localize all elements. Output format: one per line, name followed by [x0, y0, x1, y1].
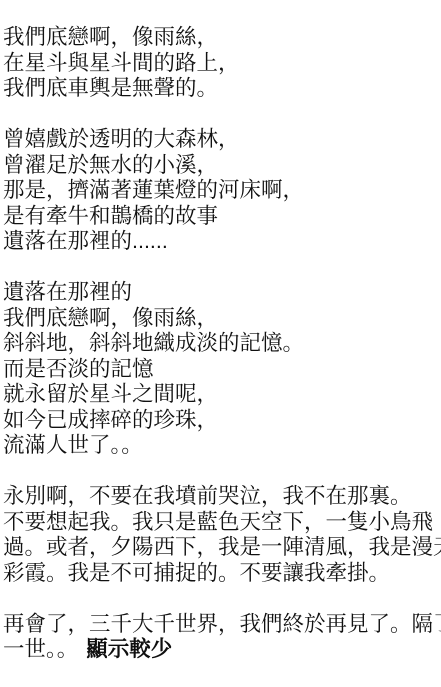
- poem-line: 再會了，三千大千世界，我們終於再見了。隔了: [3, 612, 439, 638]
- poem-line: 彩霞。我是不可捕捉的。不要讓我牽掛。: [3, 561, 439, 587]
- show-less-button[interactable]: 顯示較少: [86, 637, 172, 661]
- poem-line: 不要想起我。我只是藍色天空下，一隻小鳥飛: [3, 510, 439, 536]
- description-panel: 我們底戀啊，像雨絲， 在星斗與星斗間的路上， 我們底車輿是無聲的。 曾嬉戲於透明…: [0, 0, 441, 687]
- poem-line: 那是，擠滿著蓮葉燈的河床啊，: [3, 178, 439, 204]
- poem-line: 就永留於星斗之間呢，: [3, 382, 439, 408]
- poem-last-line: 一世。。顯示較少: [3, 637, 439, 663]
- poem-stanza: 我們底戀啊，像雨絲， 在星斗與星斗間的路上， 我們底車輿是無聲的。: [3, 25, 439, 102]
- poem-line: 如今已成摔碎的珍珠，: [3, 408, 439, 434]
- poem-line: 在星斗與星斗間的路上，: [3, 51, 439, 77]
- poem-stanza: 曾嬉戲於透明的大森林， 曾濯足於無水的小溪， 那是，擠滿著蓮葉燈的河床啊， 是有…: [3, 127, 439, 255]
- poem-line: 遺落在那裡的: [3, 280, 439, 306]
- poem-line: 斜斜地，斜斜地織成淡的記憶。: [3, 331, 439, 357]
- poem-line: 曾嬉戲於透明的大森林，: [3, 127, 439, 153]
- poem-line: 過。或者，夕陽西下，我是一陣清風，我是漫天: [3, 535, 439, 561]
- poem-line: 我們底戀啊，像雨絲，: [3, 25, 439, 51]
- poem-line: 而是否淡的記憶: [3, 357, 439, 383]
- poem-stanza: 再會了，三千大千世界，我們終於再見了。隔了 一世。。顯示較少: [3, 612, 439, 663]
- poem-stanza: 永別啊，不要在我墳前哭泣，我不在那裏。 不要想起我。我只是藍色天空下，一隻小鳥飛…: [3, 484, 439, 586]
- poem-line: 遺落在那裡的......: [3, 229, 439, 255]
- poem-line: 是有牽牛和鵲橋的故事: [3, 204, 439, 230]
- poem-line: 流滿人世了。。: [3, 433, 439, 459]
- poem-stanza: 遺落在那裡的 我們底戀啊，像雨絲， 斜斜地，斜斜地織成淡的記憶。 而是否淡的記憶…: [3, 280, 439, 459]
- poem-line-text: 一世。。: [3, 637, 78, 661]
- poem-line: 我們底車輿是無聲的。: [3, 76, 439, 102]
- poem-line: 曾濯足於無水的小溪，: [3, 153, 439, 179]
- poem-line: 我們底戀啊，像雨絲，: [3, 306, 439, 332]
- poem-line: 永別啊，不要在我墳前哭泣，我不在那裏。: [3, 484, 439, 510]
